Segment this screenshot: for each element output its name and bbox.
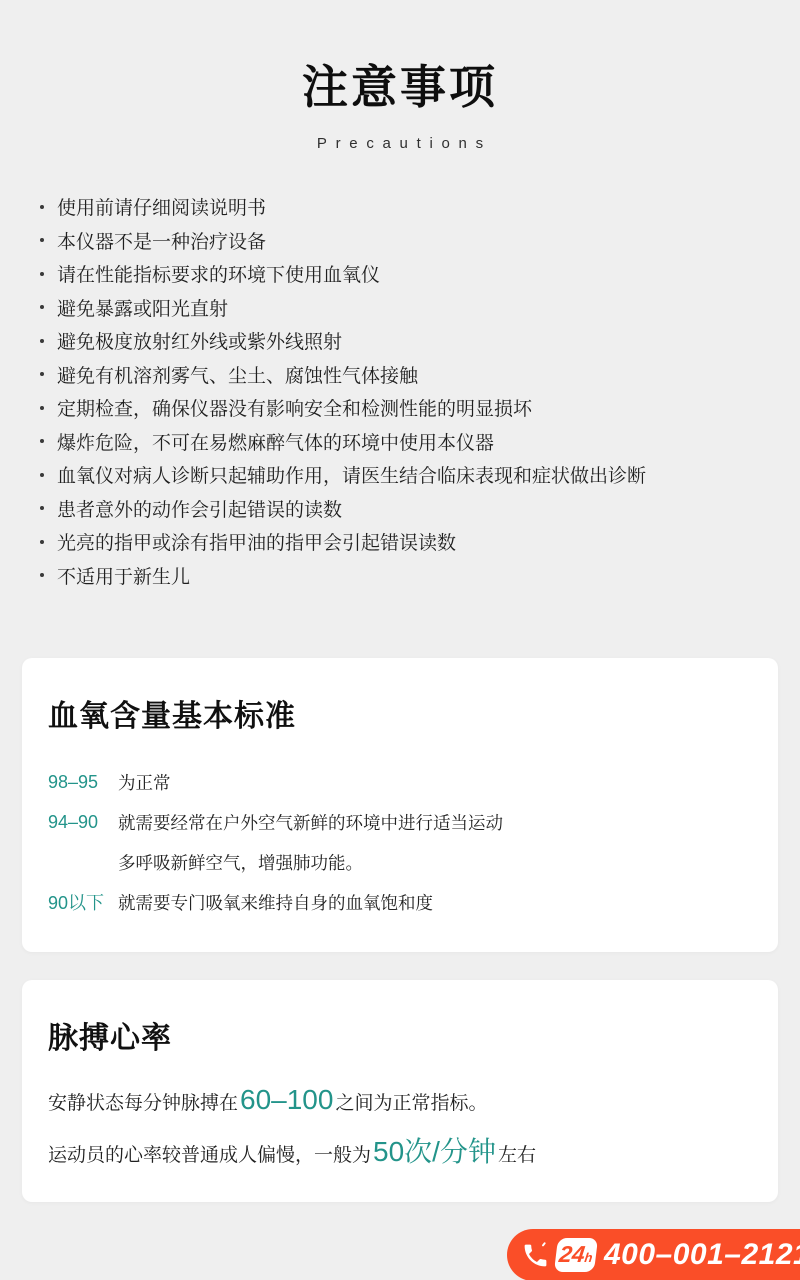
list-item: 避免极度放射红外线或紫外线照射 xyxy=(40,324,780,358)
phone-icon xyxy=(521,1241,550,1270)
hotline-call-button[interactable]: 24h 400–001–2121 xyxy=(507,1229,800,1280)
24h-badge: 24h xyxy=(554,1238,598,1272)
precaution-text: 避免暴露或阳光直射 xyxy=(57,294,228,321)
oxygen-range-text: 就需要经常在户外空气新鲜的环境中进行适当运动 xyxy=(118,810,503,835)
bullet-icon xyxy=(40,339,44,343)
oxygen-range-label: 98–95 xyxy=(48,772,108,793)
precaution-text: 定期检查，确保仪器没有影响安全和检测性能的明显损坏 xyxy=(57,394,532,421)
oxygen-row: 98–95 为正常 xyxy=(48,762,754,802)
bullet-icon xyxy=(40,372,44,376)
oxygen-range-text: 就需要专门吸氧来维持自身的血氧饱和度 xyxy=(118,890,433,915)
list-item: 患者意外的动作会引起错误的读数 xyxy=(40,492,780,526)
bullet-icon xyxy=(40,238,44,242)
pulse-card-title: 脉搏心率 xyxy=(48,1022,172,1055)
pulse-text: 安静状态每分钟脉搏在 xyxy=(48,1088,238,1115)
oxygen-row: 多呼吸新鲜空气，增强肺功能。 xyxy=(48,842,754,882)
oxygen-range-text: 为正常 xyxy=(118,770,171,795)
list-item: 避免暴露或阳光直射 xyxy=(40,291,780,325)
oxygen-standard-card: 血氧含量基本标准 98–95 为正常 94–90 就需要经常在户外空气新鲜的环境… xyxy=(22,658,778,952)
oxygen-range-label: 94–90 xyxy=(48,812,108,833)
oxygen-rows: 98–95 为正常 94–90 就需要经常在户外空气新鲜的环境中进行适当运动 多… xyxy=(48,762,754,922)
precaution-text: 不适用于新生儿 xyxy=(57,562,190,589)
oxygen-row: 90以下 就需要专门吸氧来维持自身的血氧饱和度 xyxy=(48,882,754,922)
pulse-highlight-value: 50次/分钟 xyxy=(373,1130,496,1170)
precaution-list: 使用前请仔细阅读说明书 本仪器不是一种治疗设备 请在性能指标要求的环境下使用血氧… xyxy=(40,190,780,592)
precaution-text: 血氧仪对病人诊断只起辅助作用，请医生结合临床表现和症状做出诊断 xyxy=(57,461,646,488)
oxygen-card-title: 血氧含量基本标准 xyxy=(48,700,296,733)
precaution-text: 避免有机溶剂雾气、尘土、腐蚀性气体接触 xyxy=(57,361,418,388)
precaution-text: 请在性能指标要求的环境下使用血氧仪 xyxy=(57,260,380,287)
hotline-phone-number: 400–001–2121 xyxy=(604,1238,800,1272)
bullet-icon xyxy=(40,305,44,309)
list-item: 血氧仪对病人诊断只起辅助作用，请医生结合临床表现和症状做出诊断 xyxy=(40,458,780,492)
oxygen-range-text: 多呼吸新鲜空气，增强肺功能。 xyxy=(118,850,363,875)
list-item: 本仪器不是一种治疗设备 xyxy=(40,224,780,258)
bullet-icon xyxy=(40,272,44,276)
bullet-icon xyxy=(40,506,44,510)
bullet-icon xyxy=(40,205,44,209)
list-item: 爆炸危险，不可在易燃麻醉气体的环境中使用本仪器 xyxy=(40,425,780,459)
badge-number: 24 xyxy=(557,1238,587,1271)
list-item: 请在性能指标要求的环境下使用血氧仪 xyxy=(40,257,780,291)
precaution-text: 患者意外的动作会引起错误的读数 xyxy=(57,495,342,522)
badge-unit: h xyxy=(584,1250,594,1265)
pulse-highlight-value: 60–100 xyxy=(240,1084,333,1116)
pulse-text: 左右 xyxy=(498,1140,536,1167)
oxygen-row: 94–90 就需要经常在户外空气新鲜的环境中进行适当运动 xyxy=(48,802,754,842)
precaution-text: 避免极度放射红外线或紫外线照射 xyxy=(57,327,342,354)
pulse-line: 运动员的心率较普通成人偏慢，一般为 50次/分钟 左右 xyxy=(48,1130,536,1170)
list-item: 使用前请仔细阅读说明书 xyxy=(40,190,780,224)
list-item: 光亮的指甲或涂有指甲油的指甲会引起错误读数 xyxy=(40,525,780,559)
bullet-icon xyxy=(40,540,44,544)
bullet-icon xyxy=(40,439,44,443)
pulse-text: 运动员的心率较普通成人偏慢，一般为 xyxy=(48,1140,371,1167)
pulse-text: 之间为正常指标。 xyxy=(335,1088,487,1115)
precaution-text: 使用前请仔细阅读说明书 xyxy=(57,193,266,220)
precaution-text: 本仪器不是一种治疗设备 xyxy=(57,227,266,254)
bullet-icon xyxy=(40,573,44,577)
pulse-rate-card: 脉搏心率 安静状态每分钟脉搏在 60–100 之间为正常指标。 运动员的心率较普… xyxy=(22,980,778,1202)
list-item: 不适用于新生儿 xyxy=(40,559,780,593)
bullet-icon xyxy=(40,473,44,477)
precautions-page: 注意事项 Precautions 使用前请仔细阅读说明书 本仪器不是一种治疗设备… xyxy=(0,0,800,1280)
list-item: 定期检查，确保仪器没有影响安全和检测性能的明显损坏 xyxy=(40,391,780,425)
precaution-text: 爆炸危险，不可在易燃麻醉气体的环境中使用本仪器 xyxy=(57,428,494,455)
bullet-icon xyxy=(40,406,44,410)
list-item: 避免有机溶剂雾气、尘土、腐蚀性气体接触 xyxy=(40,358,780,392)
pulse-line: 安静状态每分钟脉搏在 60–100 之间为正常指标。 xyxy=(48,1084,487,1116)
precaution-text: 光亮的指甲或涂有指甲油的指甲会引起错误读数 xyxy=(57,528,456,555)
page-subtitle: Precautions xyxy=(0,135,800,152)
page-title: 注意事项 xyxy=(0,60,800,115)
oxygen-range-label: 90以下 xyxy=(48,889,108,915)
